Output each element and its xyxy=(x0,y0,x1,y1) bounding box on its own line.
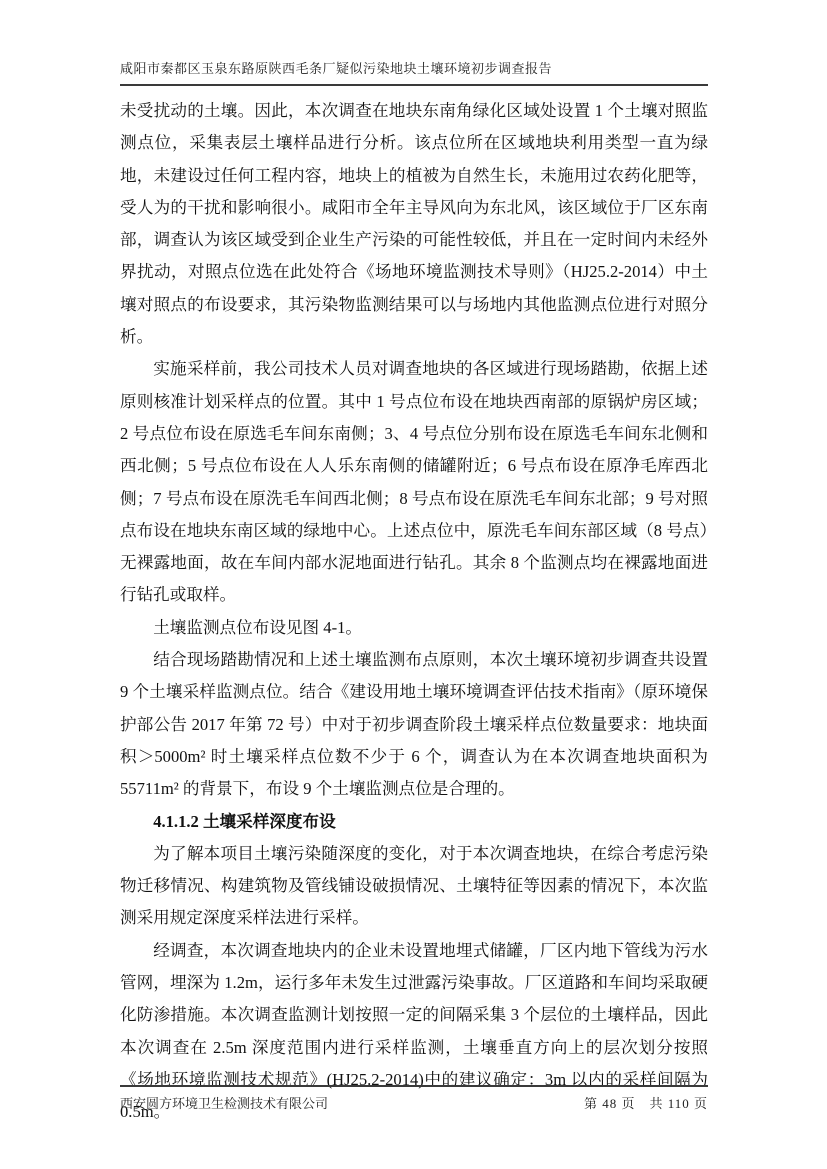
footer-page-number: 第 48 页 共 110 页 xyxy=(584,1093,708,1112)
page-header: 咸阳市秦都区玉泉东路原陕西毛条厂疑似污染地块土壤环境初步调查报告 xyxy=(120,58,708,86)
document-page: 咸阳市秦都区玉泉东路原陕西毛条厂疑似污染地块土壤环境初步调查报告 未受扰动的土壤… xyxy=(0,0,827,1169)
paragraph: 为了解本项目土壤污染随深度的变化，对于本次调查地块，在综合考虑污染物迁移情况、构… xyxy=(120,838,708,935)
header-title: 咸阳市秦都区玉泉东路原陕西毛条厂疑似污染地块土壤环境初步调查报告 xyxy=(120,61,552,76)
footer-company-name: 西安圆方环境卫生检测技术有限公司 xyxy=(120,1093,328,1112)
paragraph: 土壤监测点位布设见图 4-1。 xyxy=(120,612,708,644)
document-body: 未受扰动的土壤。因此，本次调查在地块东南角绿化区域处设置 1 个土壤对照监测点位… xyxy=(120,95,708,1129)
paragraph: 实施采样前，我公司技术人员对调查地块的各区域进行现场踏勘，依据上述原则核准计划采… xyxy=(120,353,708,611)
paragraph: 结合现场踏勘情况和上述土壤监测布点原则，本次土壤环境初步调查共设置 9 个土壤采… xyxy=(120,644,708,805)
page-footer: 西安圆方环境卫生检测技术有限公司 第 48 页 共 110 页 xyxy=(120,1085,708,1112)
section-heading: 4.1.1.2 土壤采样深度布设 xyxy=(120,806,708,838)
paragraph: 未受扰动的土壤。因此，本次调查在地块东南角绿化区域处设置 1 个土壤对照监测点位… xyxy=(120,95,708,353)
